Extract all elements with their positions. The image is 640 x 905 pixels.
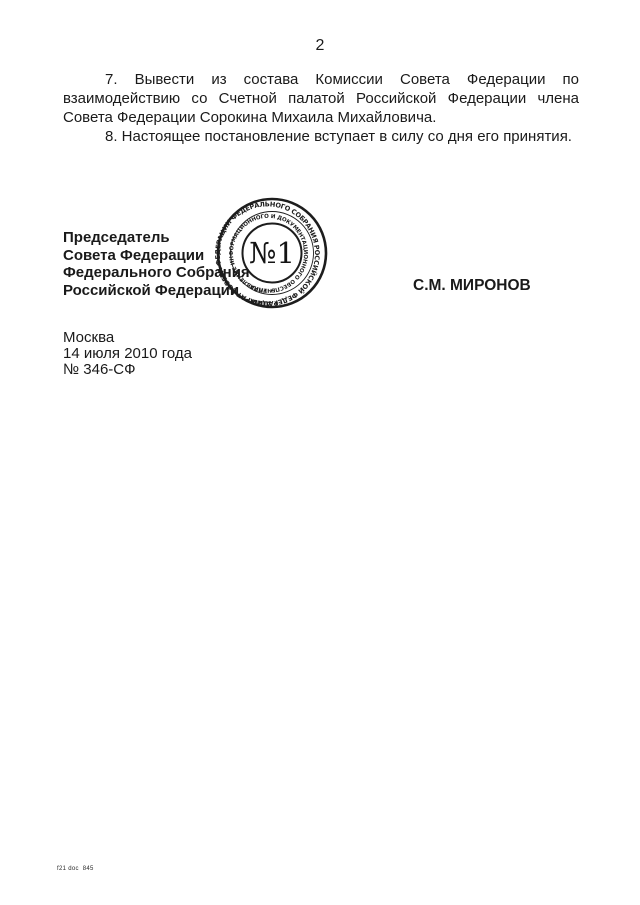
paragraph-7: 7. Вывести из состава Комиссии Совета Фе… (63, 70, 579, 127)
issue-date: 14 июля 2010 года (63, 346, 192, 362)
issue-block: Москва 14 июля 2010 года № 346-СФ (63, 330, 192, 378)
body-text: 7. Вывести из состава Комиссии Совета Фе… (63, 70, 579, 146)
official-round-stamp: ★ АППАРАТ СОВЕТА ФЕДЕРАЦИИ ФЕДЕРАЛЬНОГО … (212, 193, 332, 313)
issue-city: Москва (63, 330, 192, 346)
paragraph-8: 8. Настоящее постановление вступает в си… (63, 127, 579, 146)
document-page: 2 7. Вывести из состава Комиссии Совета … (0, 0, 640, 905)
signee-name: С.М. МИРОНОВ (413, 277, 531, 294)
footer-file-code: f21 doc 845 (57, 866, 94, 873)
page-number: 2 (0, 36, 640, 56)
issue-number: № 346-СФ (63, 362, 192, 378)
stamp-center-number: №1 (249, 236, 295, 270)
